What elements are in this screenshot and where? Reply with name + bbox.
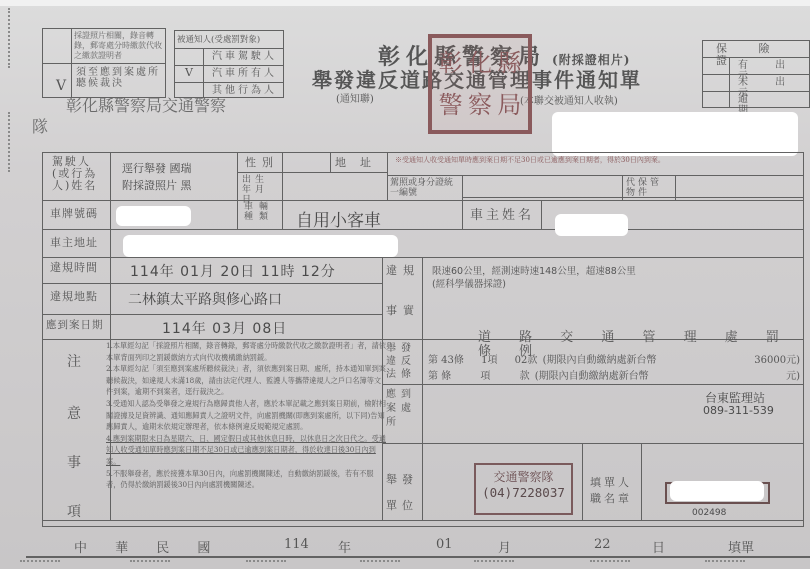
plate-label: 車牌號碼 [50,208,98,220]
perforation [8,112,10,172]
notes-label-4: 項 [67,505,82,520]
notified-option-driver: 汽車駕駛人 [212,51,277,62]
violation-location-value: 二林鎮太平路與修心路口 [128,289,282,309]
footer-era: 中 華 民 國 [74,537,222,556]
due-date-label: 應到案日期 [46,320,104,332]
facts-line2: (經科學儀器採證) [432,276,506,290]
facts-line1: 限速60公里，經測速時速148公里，超速88公里 [432,263,636,277]
footer-suffix: 填單 [728,537,754,556]
note-item: 2.本單經勾記「須至應到案處所聽候裁決」者，須依應到案日期、處所，持本通知單到案… [106,363,386,398]
note-item: 1.本單經勾記「採證照片相關，錄音轉錄，郵寄處分時繳款代收之繳款證明者」者，請依… [106,340,386,363]
driver-name-label: 駕駛人(或行為人)姓名 [52,156,108,192]
notes-label-2: 意 [67,407,82,422]
issuing-unit-label: 舉發單位 [386,467,420,519]
footer-day: 22 [594,537,611,552]
officer-label: 填單人職名章 [590,475,640,507]
copy-left-caption: (通知聯) [336,90,374,105]
violation-location-label: 違規地點 [50,291,98,303]
notified-option-other: 其他行為人 [212,85,277,96]
violation-time-value: 114年 01月 20日 11時 12分 [130,261,336,281]
footer-month-unit: 月 [498,537,511,556]
officer-id: 002498 [692,508,726,518]
address-note: ※受通知人收受通知單時應到案日期不足30日或已逾應到案日期者，得於30日內到案。 [395,156,800,165]
plate-value-redacted [116,206,191,226]
note-item: 4.應到案期限末日為星期六、日、國定假日或其他休息日時，以休息日之次日代之。受通… [106,433,386,468]
note-item: 3.受通知人認為受舉發之違規行為應歸責他人者，應於本單記載之應到案日期前，檢附相… [106,398,386,433]
footer-year: 114 [284,537,309,552]
venue-phone: 089-311-539 [703,404,774,417]
note-item: 5.不服舉發者，應於接獲本單30日內，向處罰機關陳述，自動繳納罰鍰後，若有不服者… [106,468,386,491]
facts-label-top: 違規 [386,265,420,277]
driver-name-value-2: 附採證照片 黑 [122,177,192,193]
license-id-label: 駕照或身分證統一編號 [390,178,460,198]
violation-time-label: 違規時間 [50,262,98,274]
footer-day-unit: 日 [652,537,665,556]
issuing-unit-line1: 彰化縣警察局交通警察 [66,97,226,115]
notified-header: 被通知人(受處罰對象) [177,36,260,45]
traffic-ticket-paper: 採證照片相關，錄音轉錄，郵寄處分時繳款代收之繳款證明者 須至應到案處所聽候裁決 … [0,0,810,569]
vehicle-type-label: 車輛種類 [244,203,280,223]
issuing-unit-line2: 隊 [32,118,49,136]
topleft-row1-text: 採證照片相關，錄音轉錄，郵寄處分時繳款代收之繳款證明者 [74,31,164,61]
copy-right-caption: (本聯交被通知人收執) [520,92,618,107]
notified-option-owner: 汽車所有人 [212,68,277,79]
owner-address-redacted [123,235,398,257]
redacted-area [552,112,798,156]
driver-name-value-1: 逕行舉發 國瑞 [122,160,192,176]
notes-label-1: 注 [67,355,82,370]
owner-name-label: 車主姓名 [470,209,534,223]
custody-items-label: 代保管物件 [626,178,672,198]
issuing-unit-stamp: 交通警察隊 (04)7228037 [474,463,573,515]
facts-label-bottom: 事實 [386,305,420,317]
law-row-1: 第 43條 1項 02款 (期限內自動繳納處新台幣 36000元) [428,351,802,366]
address-label: 地址 [335,157,385,169]
officer-name-redacted [670,481,764,501]
official-seal: 彰 化 縣 警 察 局 [428,34,532,134]
notified-owner-checkmark: V [185,67,194,79]
venue-label: 應到案處所 [386,388,420,430]
gender-label: 性別 [245,157,279,169]
owner-name-redacted [555,214,628,236]
owner-address-label: 車主地址 [50,237,98,249]
law-label: 舉發違反法條 [386,342,420,381]
due-date-value: 114年 03月 08日 [162,318,287,338]
topleft-row2-checkmark: V [56,79,67,94]
law-row-2: 第 條 項 款 (期限內自動繳納處新台幣 元) [428,367,802,382]
notes-label-3: 事 [67,456,82,471]
scan-top-edge [0,0,810,6]
topleft-row2-text: 須至應到案處所聽候裁決 [76,67,164,89]
vehicle-type-value: 自用小客車 [296,206,381,231]
footer-year-unit: 年 [338,537,351,556]
perforation [8,8,10,68]
footer-month: 01 [436,537,453,552]
notes-list: 1.本單經勾記「採證照片相關，錄音轉錄，郵寄處分時繳款代收之繳款證明者」者，請依… [106,340,386,491]
